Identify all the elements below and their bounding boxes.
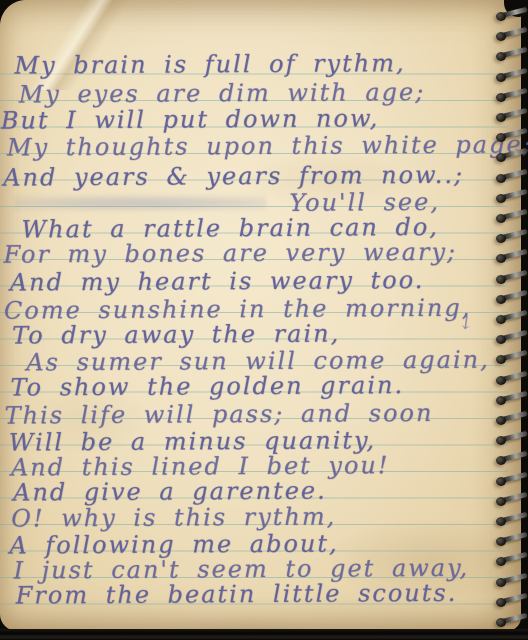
poem-line: And give a garentee. — [13, 478, 327, 506]
poem-line: My thoughts upon this white page; — [7, 131, 528, 160]
poem-line: And my heart is weary too. — [10, 267, 425, 296]
poem-line: This life will pass; and soon — [5, 400, 434, 429]
poem-line: O! why is this rythm, — [11, 504, 336, 532]
poem-line: And years & years from now..; — [3, 162, 464, 191]
poem-line: But I will put down now, — [1, 105, 380, 133]
notebook-photo: My brain is full of rythm,My eyes are di… — [0, 0, 528, 640]
notebook-bottom-edge — [0, 629, 528, 640]
notebook-page: My brain is full of rythm,My eyes are di… — [0, 0, 521, 631]
handwritten-poem: My brain is full of rythm,My eyes are di… — [0, 0, 523, 633]
poem-line: To dry away the rain, — [12, 321, 340, 349]
poem-line: My brain is full of rythm, — [14, 50, 405, 78]
poem-line: For my bones are very weary; — [4, 239, 458, 268]
poem-line: From the beatin little scouts. — [16, 580, 458, 609]
poem-line: My eyes are dim with age; — [19, 79, 426, 107]
poem-line: You'll see, — [289, 189, 440, 216]
margin-arrow-mark: ↓ — [457, 311, 476, 335]
poem-line: And this lined I bet you! — [11, 452, 390, 480]
poem-line: To show the golden grain. — [10, 372, 404, 400]
